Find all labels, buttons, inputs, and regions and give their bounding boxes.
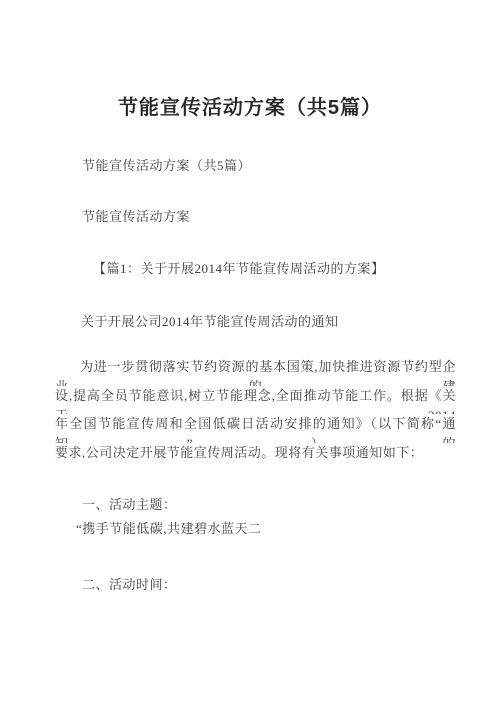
notice-title: 关于开展公司2014年节能宣传周活动的通知 — [81, 311, 339, 330]
paragraph-line: 为进一步贯彻落实节约资源的基本国策,加快推进资源节约型企业的建 — [55, 357, 456, 386]
theme-quote: “携手节能低碳,共建碧水蓝天二 — [76, 518, 262, 537]
item1-heading: 一、活动主题： — [82, 494, 177, 513]
paragraph-line: 设,提高全员节能意识,树立节能理念,全面推动节能工作。根据《关于2014 — [55, 386, 456, 415]
subtitle-repeat: 节能宣传活动方案（共5篇） — [82, 155, 251, 174]
document-page: 节能宣传活动方案（共5篇） 节能宣传活动方案（共5篇） 节能宣传活动方案 【篇1… — [0, 0, 500, 707]
paragraph-line: 年全国节能宣传周和全国低碳日活动安排的通知》（以下简称“通知”）的 — [55, 414, 456, 443]
intro-paragraph: 为进一步贯彻落实节约资源的基本国策,加快推进资源节约型企业的建 设,提高全员节能… — [55, 357, 456, 471]
document-title: 节能宣传活动方案（共5篇） — [0, 91, 500, 120]
item2-heading: 二、活动时间： — [82, 574, 177, 593]
paragraph-line: 要求,公司决定开展节能宣传周活动。现将有关事项通知如下： — [55, 443, 456, 472]
subtitle-short: 节能宣传活动方案 — [82, 206, 190, 225]
section1-heading: 【篇1：关于开展2014年节能宣传周活动的方案】 — [93, 258, 385, 277]
